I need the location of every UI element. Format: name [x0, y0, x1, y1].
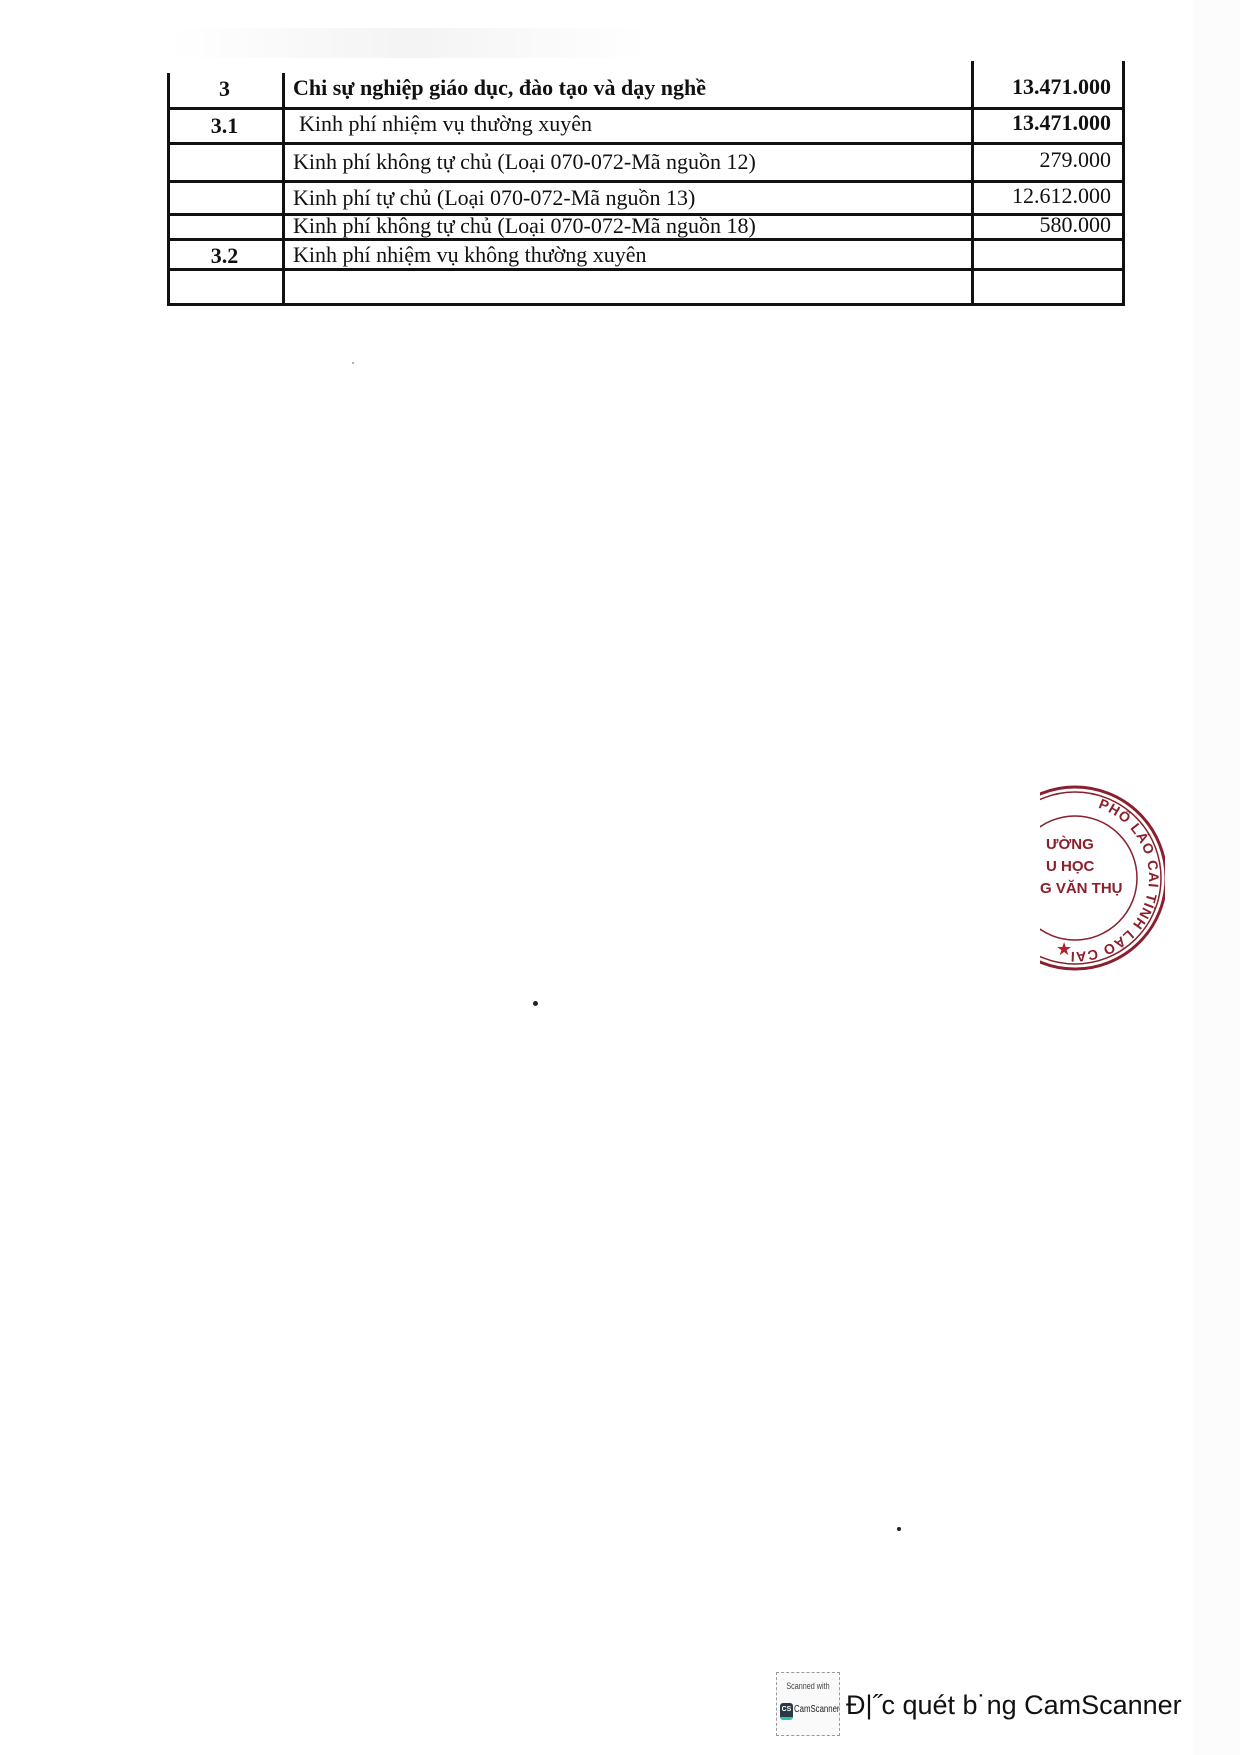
scan-speck	[352, 362, 354, 364]
row-line	[167, 180, 1125, 183]
table-border-bottom	[167, 303, 1125, 306]
camscanner-watermark-text: Đ|˝c quét b˙ng CamScanner	[846, 1690, 1182, 1721]
bleed-through-text	[170, 28, 650, 58]
row-description: Kinh phí tự chủ (Loại 070-072-Mã nguồn 1…	[293, 187, 695, 209]
row-amount: 13.471.000	[1012, 112, 1111, 134]
row-number: 3.2	[167, 245, 282, 267]
row-number: 3.1	[167, 115, 282, 137]
row-number: 3	[167, 78, 282, 100]
badge-brand-name: CamScanner	[794, 1704, 840, 1715]
row-description: Chi sự nghiệp giáo dục, đào tạo và dạy n…	[293, 77, 706, 99]
svg-text:ƯỜNG: ƯỜNG	[1046, 835, 1094, 853]
row-line	[167, 268, 1125, 271]
row-description: Kinh phí không tự chủ (Loại 070-072-Mã n…	[293, 215, 756, 237]
row-amount: 13.471.000	[1012, 76, 1111, 98]
camscanner-badge: Scanned with CS CamScanner	[776, 1672, 840, 1736]
badge-caption: Scanned with	[783, 1681, 833, 1691]
row-amount: 580.000	[1040, 214, 1112, 236]
official-seal: PHỐ LÀO CAI TỈNH LÀO CAI ƯỜNG U HỌC G VĂ…	[1040, 783, 1165, 973]
row-amount: 279.000	[1040, 149, 1112, 171]
row-description: Kinh phí không tự chủ (Loại 070-072-Mã n…	[293, 151, 756, 173]
row-line	[167, 142, 1125, 145]
row-description: Kinh phí nhiệm vụ thường xuyên	[299, 113, 592, 135]
svg-text:G VĂN THỤ: G VĂN THỤ	[1040, 880, 1123, 897]
budget-table: 3 Chi sự nghiệp giáo dục, đào tạo và dạy…	[167, 73, 1123, 304]
page-edge-shadow	[1193, 0, 1240, 1755]
svg-text:U HỌC: U HỌC	[1046, 858, 1095, 875]
scan-speck	[533, 1001, 538, 1006]
row-amount: 12.612.000	[1012, 185, 1111, 207]
row-line	[167, 238, 1125, 241]
seal-graphic: PHỐ LÀO CAI TỈNH LÀO CAI ƯỜNG U HỌC G VĂ…	[1040, 783, 1165, 973]
scan-speck	[897, 1527, 901, 1531]
row-description: Kinh phí nhiệm vụ không thường xuyên	[293, 244, 647, 266]
star-icon: ★	[1056, 939, 1072, 960]
row-line	[167, 107, 1125, 110]
camscanner-logo-icon: CS	[780, 1703, 793, 1720]
